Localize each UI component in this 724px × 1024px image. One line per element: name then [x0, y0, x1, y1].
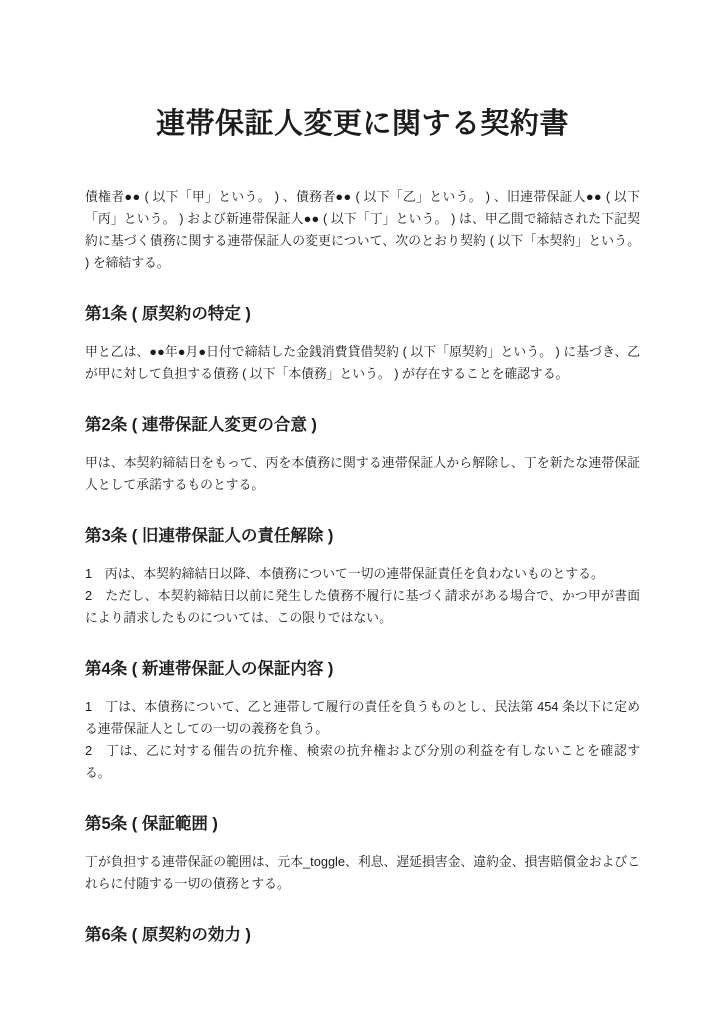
- article-3-heading: 第3条 ( 旧連帯保証人の責任解除 ): [85, 524, 640, 548]
- article-1-heading: 第1条 ( 原契約の特定 ): [85, 302, 640, 326]
- article-5-paragraph: 丁が負担する連帯保証の範囲は、元本_toggle、利息、遅延損害金、違約金、損害…: [85, 851, 640, 895]
- article-1-paragraph: 甲と乙は、●●年●月●日付で締結した金銭消費貸借契約 ( 以下「原契約」という。…: [85, 341, 640, 385]
- article-6-heading: 第6条 ( 原契約の効力 ): [85, 923, 640, 947]
- article-2-paragraph: 甲は、本契約締結日をもって、丙を本債務に関する連帯保証人から解除し、丁を新たな連…: [85, 452, 640, 496]
- article-2-heading: 第2条 ( 連帯保証人変更の合意 ): [85, 413, 640, 437]
- article-3-item-1: 1 丙は、本契約締結日以降、本債務について一切の連帯保証責任を負わないものとする…: [85, 563, 640, 585]
- section-article-6: 第6条 ( 原契約の効力 ): [85, 923, 640, 947]
- article-4-heading: 第4条 ( 新連帯保証人の保証内容 ): [85, 657, 640, 681]
- contract-document-page: 連帯保証人変更に関する契約書 債権者●● ( 以下「甲」という。 ) 、債務者●…: [0, 0, 724, 1024]
- document-title: 連帯保証人変更に関する契約書: [85, 106, 640, 142]
- article-4-item-1: 1 丁は、本債務について、乙と連帯して履行の責任を負うものとし、民法第 454 …: [85, 696, 640, 740]
- article-4-item-2: 2 丁は、乙に対する催告の抗弁権、検索の抗弁権および分別の利益を有しないことを確…: [85, 740, 640, 784]
- section-article-4: 第4条 ( 新連帯保証人の保証内容 ) 1 丁は、本債務について、乙と連帯して履…: [85, 657, 640, 784]
- preamble-paragraph: 債権者●● ( 以下「甲」という。 ) 、債務者●● ( 以下「乙」という。 )…: [85, 186, 640, 274]
- section-article-3: 第3条 ( 旧連帯保証人の責任解除 ) 1 丙は、本契約締結日以降、本債務につい…: [85, 524, 640, 629]
- section-article-1: 第1条 ( 原契約の特定 ) 甲と乙は、●●年●月●日付で締結した金銭消費貸借契…: [85, 302, 640, 385]
- section-article-5: 第5条 ( 保証範囲 ) 丁が負担する連帯保証の範囲は、元本_toggle、利息…: [85, 812, 640, 895]
- article-3-item-2: 2 ただし、本契約締結日以前に発生した債務不履行に基づく請求がある場合で、かつ甲…: [85, 585, 640, 629]
- section-article-2: 第2条 ( 連帯保証人変更の合意 ) 甲は、本契約締結日をもって、丙を本債務に関…: [85, 413, 640, 496]
- article-5-heading: 第5条 ( 保証範囲 ): [85, 812, 640, 836]
